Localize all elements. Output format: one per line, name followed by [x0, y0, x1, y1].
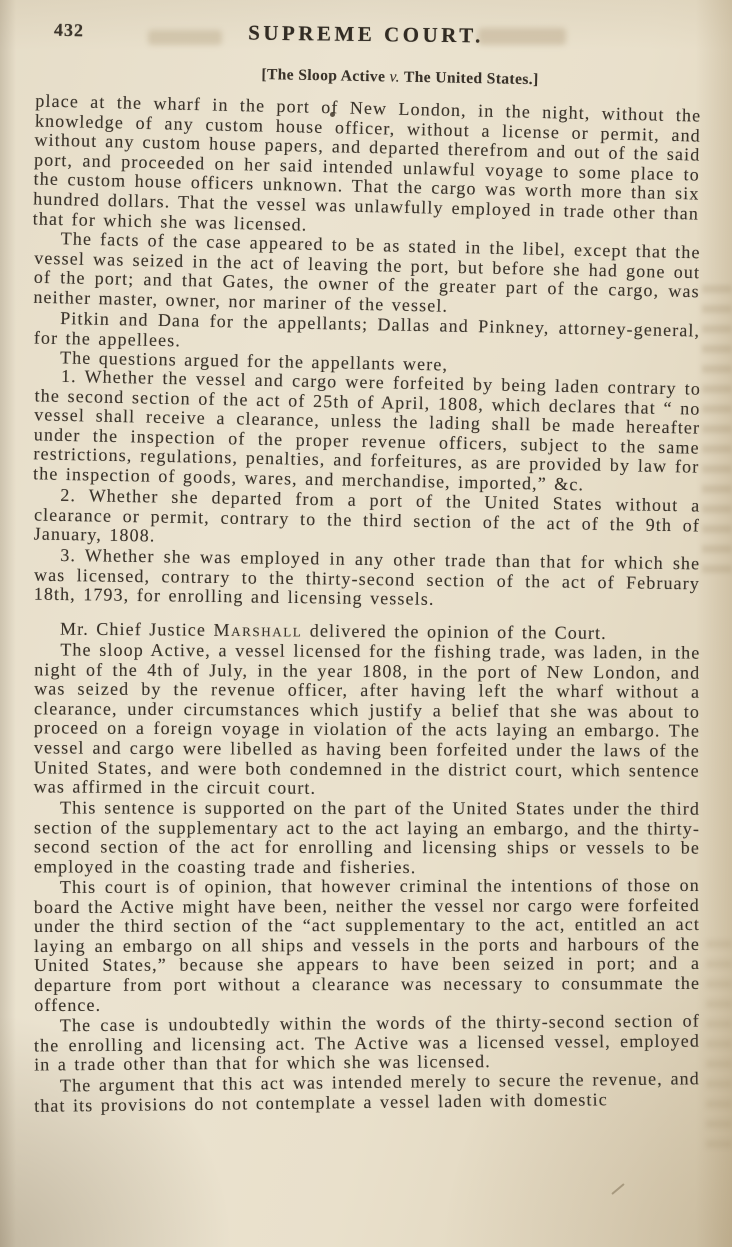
versus-abbrev: v. [389, 68, 400, 85]
page-title: SUPREME COURT. [0, 18, 732, 52]
libel-continuation-paragraph: place at the wharf in the port of New Lo… [33, 91, 702, 243]
question-3-paragraph: 3. Whether she was employed in any other… [34, 545, 701, 612]
case-caption-left: [The Sloop Active [261, 66, 389, 85]
opinion-paragraph-5: The argument that this act was intended … [34, 1069, 700, 1116]
opinion-paragraph-2: This sentence is supported on the part o… [34, 798, 700, 878]
facts-paragraph: The facts of the case appeared to be as … [33, 229, 701, 322]
book-page: 432 SUPREME COURT. [The Sloop Active v. … [0, 0, 732, 1247]
bleed-through-smudge [478, 28, 566, 45]
opinion-attribution-pre: Mr. Chief Justice [60, 619, 214, 640]
opinion-paragraph-3: This court is of opinion, that however c… [34, 876, 700, 1015]
case-caption-right: The United States.] [400, 69, 539, 89]
ink-speck [330, 112, 335, 117]
bleed-through-smudge [148, 30, 222, 45]
question-2-paragraph: 2. Whether she departed from a port of t… [34, 485, 701, 555]
bleed-through-text [706, 940, 732, 1150]
bleed-through-text [702, 285, 732, 575]
page-text-column: place at the wharf in the port of New Lo… [34, 99, 700, 1112]
opinion-paragraph-4: The case is undoubtedly within the words… [34, 1012, 700, 1076]
justice-name: Marshall [213, 620, 302, 641]
case-caption: [The Sloop Active v. The United States.] [0, 61, 732, 92]
scratch-mark [611, 1183, 625, 1195]
question-1-paragraph: 1. Whether the vessel and cargo were for… [33, 367, 701, 498]
opinion-paragraph-1: The sloop Active, a vessel licensed for … [34, 640, 701, 800]
